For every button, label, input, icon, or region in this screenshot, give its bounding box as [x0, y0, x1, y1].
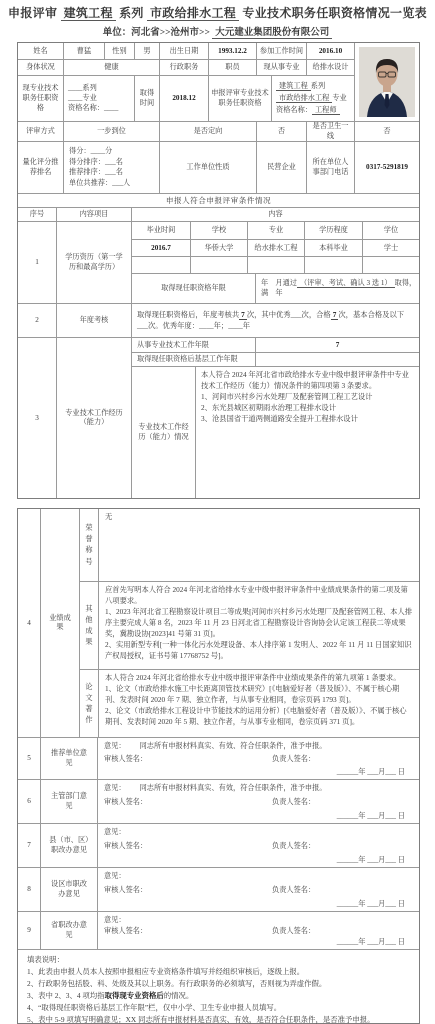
col-header-content: 内容 [131, 208, 419, 221]
apply-series-value: 建筑工程 [276, 82, 311, 91]
tech-years-row: 从事专业技术工作年限 7 [132, 338, 419, 352]
opinion-date-blank: ______年 ___月___ 日 [104, 855, 413, 865]
name-label: 姓名 [18, 43, 63, 59]
work-start-label: 参加工作时间 [256, 43, 306, 59]
title-suffix: 专业技术职务任职资格情况一览表 [242, 6, 427, 20]
apply-major-value: 市政给排水工程 [276, 94, 332, 103]
note-3: 3、表中 2、3、4 项均指取得现专业资格后的情况。 [27, 990, 410, 1002]
col-header-no: 序号 [18, 208, 56, 221]
paper-1: 1、论文（市政给排水施工中长距离顶管技术研究）[《电脑爱好者（普及版）》、不属于… [105, 684, 413, 706]
leader-signature-label: 负责人签名： [272, 927, 315, 935]
edu-col-degree: 学位 [362, 222, 419, 239]
edu-empty-cell [362, 257, 419, 273]
current-major-label: 现从事专业 [256, 60, 306, 75]
opinion-row-label: 设区市职改办意见 [40, 868, 97, 911]
edu-grad-time: 2016.7 [132, 240, 190, 256]
title-mid: 系列 [119, 6, 144, 20]
row-number: 5 [18, 738, 40, 779]
assessment-item-label: 年度考核 [56, 304, 131, 337]
opinion-content: 意见： 审核人签名：负责人签名： ______年 ___月___ 日 [97, 912, 419, 949]
tenure-row: 取得现任职资格年限 年 月通过（评审、考试、确认 3 选 1）取得， 满 年 [132, 273, 419, 303]
achievement-row: 4 业绩成果 荣誉称号 无 其他成果 应首先写明本人符合 2024 年河北省给排… [18, 509, 419, 737]
score-ranking-blanks: 得分：____分 得分排序：___名 推荐排序：___名 单位共推荐：___人 [63, 142, 159, 193]
condition-row-assessment: 2 年度考核 取得现任职资格后，年度考核共7次，其中优秀___次，合格7次，基本… [18, 303, 419, 337]
score-order-blank: 得分排序：___名 [69, 158, 123, 168]
leader-signature-label: 负责人签名： [272, 798, 315, 806]
applicant-photo-cell [354, 43, 419, 121]
apply-title-values: 建筑工程系列 市政给排水工程专业 资格名称：工程师 [271, 76, 354, 121]
current-title-major-blank: ____专业 [68, 94, 97, 104]
opinion-text: 同志所有申报材料真实、有效，符合任职条件，准予申报。 [140, 783, 327, 793]
row-number: 2 [18, 304, 56, 337]
opinion-row-province-office: 9 省职改办意见 意见： 审核人签名：负责人签名： ______年 ___月__… [18, 911, 419, 949]
apply-series-suffix: 系列 [311, 82, 325, 90]
tenure-content: 年 月通过（评审、考试、确认 3 选 1）取得， 满 年 [255, 274, 419, 303]
apply-title-label: 申报评审专业技术职务任职资格 [208, 76, 271, 121]
opinion-row-recommending-unit: 5 推荐单位意见 意见：同志所有申报材料真实、有效、符合任职条件，准予申报。 审… [18, 737, 419, 779]
unit-value: 大元建业集团股份有限公司 [212, 28, 332, 39]
apply-major-suffix: 专业 [332, 94, 346, 102]
papers-content: 本人符合 2024 年河北省给排水专业中级申报评审条件中业绩成果条件的第九项第 … [98, 670, 419, 737]
opinion-row-label: 省职改办意见 [40, 912, 97, 949]
edu-empty-cell [247, 257, 304, 273]
note-1: 1、此表由申报人员本人按照申报相应专业资格条件填写并经组织审核后，逐级上报。 [27, 966, 410, 978]
edu-empty-cell [132, 257, 190, 273]
base-years-value [255, 353, 419, 366]
row-number: 7 [18, 824, 40, 867]
leader-signature-label: 负责人签名： [272, 842, 315, 850]
auditor-signature-label: 审核人签名： [104, 885, 272, 895]
experience-detail-content: 本人符合 2024 年河北省市政给排水专业中级申报评审条件中专业技术工作经历（能… [195, 367, 419, 498]
tech-years-label: 从事专业技术工作年限 [132, 338, 255, 352]
achievements-table: 4 业绩成果 荣誉称号 无 其他成果 应首先写明本人符合 2024 年河北省给排… [17, 508, 420, 1024]
info-top-block: 姓名 曹猛 性别 男 出生日期 1993.12.2 参加工作时间 2016.10… [18, 43, 419, 121]
assessment-count: 7 [239, 310, 247, 320]
opinion-content: 意见： 审核人签名：负责人签名： ______年 ___月___ 日 [97, 868, 419, 911]
opinion-label: 意见： [104, 783, 126, 793]
experience-project-2: 2、东光县城区初期雨水治理工程排水设计 [201, 403, 336, 414]
info-row-1: 姓名 曹猛 性别 男 出生日期 1993.12.2 参加工作时间 2016.10 [18, 43, 354, 59]
base-years-row: 取得现任职资格后基层工作年限 [132, 352, 419, 366]
birth-label: 出生日期 [159, 43, 208, 59]
leader-signature-label: 负责人签名： [272, 755, 315, 763]
experience-project-3: 3、沧县国省干道两侧道路安全提升工程排水设计 [201, 414, 358, 425]
info-row-5: 量化评分推荐排名 得分：____分 得分排序：___名 推荐排序：___名 单位… [18, 141, 419, 193]
opinion-row-competent-department: 6 主管部门意见 意见：同志所有申报材料真实、有效，符合任职条件，准予申报。 审… [18, 779, 419, 823]
opinion-content: 意见： 审核人签名：负责人签名： ______年 ___月___ 日 [97, 824, 419, 867]
score-ranking-label: 量化评分推荐排名 [18, 142, 63, 193]
opinion-row-label: 推荐单位意见 [40, 738, 97, 779]
gender-value: 男 [134, 43, 159, 59]
condition-row-experience: 3 专业技术工作经历（能力） 从事专业技术工作年限 7 取得现任职资格后基层工作… [18, 337, 419, 498]
row-number: 6 [18, 780, 40, 823]
edu-major: 给水排水工程 [247, 240, 304, 256]
row-number: 8 [18, 868, 40, 911]
other-achievements-intro: 应首先写明本人符合 2024 年河北省给排水专业中级申报评审条件中业绩成果条件的… [105, 585, 413, 607]
info-row-4: 评审方式 一步到位 是否定向 否 是否卫生一线 否 [18, 121, 419, 141]
directed-label: 是否定向 [159, 122, 256, 141]
doc-title: 申报评审 建筑工程 系列 市政给排水工程 专业技术职务任职资格情况一览表 [0, 6, 435, 20]
assessment-seg1: 取得现任职资格后，年度考核共 [137, 310, 239, 319]
note-5: 5、表中 5-9 项填写明确意见；XX 同志所有申报材料是否真实、有效，是否符合… [27, 1014, 410, 1024]
opinion-label: 意见： [104, 871, 126, 881]
edu-col-degree-level: 学历程度 [304, 222, 362, 239]
apply-name-value: 工程师 [312, 106, 340, 115]
directed-value: 否 [256, 122, 306, 141]
education-item-label: 学历资历（第一学历和最高学历） [56, 222, 131, 303]
note-2: 2、行政职务包括股、科、处级及其以上职务。有行政职务的必须填写，否则视为弄虚作假… [27, 978, 410, 990]
note-3-pre: 3、表中 2、3、4 项均指 [27, 991, 105, 1000]
admin-post-value: 职员 [208, 60, 256, 75]
row-number: 9 [18, 912, 40, 949]
health-label: 身体状况 [18, 60, 63, 75]
edu-degree-level: 本科毕业 [304, 240, 362, 256]
edu-school: 华侨大学 [190, 240, 247, 256]
edu-empty-cell [304, 257, 362, 273]
base-years-label: 取得现任职资格后基层工作年限 [132, 353, 255, 366]
tech-years-value: 7 [255, 338, 419, 352]
opinion-text: 同志所有申报材料真实、有效、符合任职条件，准予申报。 [140, 741, 327, 751]
current-title-name-blank: 资格名称：____ [68, 104, 118, 114]
hr-phone-value: 0317-5291819 [354, 142, 419, 193]
obtain-time-value: 2018.12 [159, 76, 208, 121]
health-frontline-label: 是否卫生一线 [306, 122, 354, 141]
row-number: 1 [18, 222, 56, 303]
work-start-value: 2016.10 [306, 43, 354, 59]
conditions-header-row: 序号 内容项目 内容 [18, 207, 419, 221]
opinion-row-county-office: 7 县（市、区）职改办意见 意见： 审核人签名：负责人签名： ______年 _… [18, 823, 419, 867]
auditor-signature-label: 审核人签名： [104, 797, 272, 807]
other-achievements-content: 应首先写明本人符合 2024 年河北省给排水专业中级申报评审条件中业绩成果条件的… [98, 582, 419, 669]
education-header-row: 毕业时间 学校 专业 学历程度 学位 [132, 222, 419, 239]
other-achievement-2: 2、实用新型专利[一种一体化污水处理设备、本人排序第 1 发明人、2022 年 … [105, 640, 413, 662]
unit-recommend-blank: 单位共推荐：___人 [69, 179, 130, 189]
apply-name-label: 资格名称： [276, 106, 312, 114]
opinion-date-blank: ______年 ___月___ 日 [104, 811, 413, 821]
name-value: 曹猛 [63, 43, 104, 59]
opinion-label: 意见： [104, 915, 126, 925]
opinion-content: 意见：同志所有申报材料真实、有效、符合任职条件，准予申报。 审核人签名：负责人签… [97, 738, 419, 779]
title-major-value: 市政给排水工程 [147, 6, 239, 21]
current-title-series-blank: ____系列 [68, 84, 97, 94]
tenure-line2: 满 年 [261, 289, 283, 299]
employer-type-label: 工作单位性质 [159, 142, 256, 193]
honor-subrow: 荣誉称号 无 [80, 509, 419, 581]
employer-type-value: 民营企业 [256, 142, 306, 193]
opinion-content: 意见：同志所有申报材料真实、有效，符合任职条件，准予申报。 审核人签名：负责人签… [97, 780, 419, 823]
opinion-row-city-office: 8 设区市职改办意见 意见： 审核人签名：负责人签名： ______年 ___月… [18, 867, 419, 911]
review-mode-value: 一步到位 [63, 122, 159, 141]
applicant-photo [359, 47, 415, 117]
current-major-value: 给排水设计 [306, 60, 354, 75]
edu-col-major: 专业 [247, 222, 304, 239]
info-row-3: 现专业技术职务任职资格 ____系列 ____专业 资格名称：____ 取得时间… [18, 75, 354, 121]
experience-item-label: 专业技术工作经历（能力） [56, 338, 131, 498]
tenure-options: （评审、考试、确认 3 选 1） [297, 279, 395, 288]
other-achievement-1: 1、2023 年河北省工程勘察设计项目二等成果[河间市兴村乡污水处理厂及配套管网… [105, 607, 413, 640]
papers-subrow: 论文著作 本人符合 2024 年河北省给排水专业中级申报评审条件中业绩成果条件的… [80, 669, 419, 737]
assessment-content: 取得现任职资格后，年度考核共7次，其中优秀___次，合格7次，基本合格及以下__… [131, 304, 419, 337]
title-prefix: 申报评审 [8, 6, 57, 20]
papers-intro: 本人符合 2024 年河北省给排水专业中级申报评审条件中业绩成果条件的第九项第 … [105, 673, 401, 684]
opinion-date-blank: ______年 ___月___ 日 [104, 937, 413, 947]
achievement-item-label: 业绩成果 [40, 509, 79, 737]
other-achievements-subrow: 其他成果 应首先写明本人符合 2024 年河北省给排水专业中级申报评审条件中业绩… [80, 581, 419, 669]
paper-2: 2、论文（市政给排水工程设计中节能技术的运用分析）[《电脑爱好者（普及版）》、不… [105, 706, 413, 728]
opinion-label: 意见： [104, 827, 126, 837]
health-value: 健康 [63, 60, 159, 75]
admin-post-label: 行政职务 [159, 60, 208, 75]
edu-degree: 学士 [362, 240, 419, 256]
tenure-label: 取得现任职资格年限 [132, 274, 255, 303]
leader-signature-label: 负责人签名： [272, 886, 315, 894]
opinion-date-blank: ______年 ___月___ 日 [104, 899, 413, 909]
notes-heading: 填表说明： [27, 954, 410, 966]
auditor-signature-label: 审核人签名： [104, 841, 272, 851]
experience-detail-label: 专业技术工作经历（能力）情况 [132, 367, 195, 498]
honor-value: 无 [98, 509, 419, 581]
info-row-2: 身体状况 健康 行政职务 职员 现从事专业 给排水设计 [18, 59, 354, 75]
document-page: 申报评审 建筑工程 系列 市政给排水工程 专业技术职务任职资格情况一览表 单位：… [0, 0, 435, 1024]
score-blank: 得分：____分 [69, 147, 112, 157]
unit-line: 单位：河北省>>沧州市>> 大元建业集团股份有限公司 [0, 24, 435, 38]
hr-phone-label: 所在单位人事部门电话 [306, 142, 354, 193]
opinion-row-label: 县（市、区）职改办意见 [40, 824, 97, 867]
birth-value: 1993.12.2 [208, 43, 256, 59]
assessment-seg2: 次，其中优秀___次，合格 [247, 310, 331, 319]
other-achievements-label: 其他成果 [80, 582, 98, 669]
note-3-bold: 取得现专业资格后 [105, 991, 164, 1000]
experience-project-1: 1、河间市兴村乡污水处理厂及配套管网工程工艺设计 [201, 392, 372, 403]
edu-empty-cell [190, 257, 247, 273]
form-notes: 填表说明： 1、此表由申报人员本人按照申报相应专业资格条件填写并经组织审核后，逐… [18, 949, 419, 1023]
education-data-row: 2016.7 华侨大学 给水排水工程 本科毕业 学士 [132, 239, 419, 256]
honor-label: 荣誉称号 [80, 509, 98, 581]
experience-intro: 本人符合 2024 年河北省市政给排水专业中级申报评审条件中专业技术工作经历（能… [201, 370, 414, 392]
auditor-signature-label: 审核人签名： [104, 754, 272, 764]
opinion-row-label: 主管部门意见 [40, 780, 97, 823]
experience-detail-row: 专业技术工作经历（能力）情况 本人符合 2024 年河北省市政给排水专业中级申报… [132, 366, 419, 498]
conditions-section-title: 申报人符合申报评审条件情况 [18, 193, 419, 207]
tenure-text-pre: 年 月通过 [261, 279, 297, 287]
review-mode-label: 评审方式 [18, 122, 63, 141]
title-series-value: 建筑工程 [61, 6, 116, 21]
edu-col-grad-time: 毕业时间 [132, 222, 190, 239]
opinion-label: 意见： [104, 741, 126, 751]
tenure-text-post: 取得， [395, 279, 417, 287]
row-number: 3 [18, 338, 56, 498]
recommend-order-blank: 推荐排序：___名 [69, 168, 123, 178]
obtain-time-label: 取得时间 [134, 76, 159, 121]
edu-col-school: 学校 [190, 222, 247, 239]
unit-label: 单位：河北省>>沧州市>> [103, 28, 210, 38]
health-frontline-value: 否 [354, 122, 419, 141]
info-table: 姓名 曹猛 性别 男 出生日期 1993.12.2 参加工作时间 2016.10… [17, 42, 420, 499]
col-header-item: 内容项目 [56, 208, 131, 221]
condition-row-education: 1 学历资历（第一学历和最高学历） 毕业时间 学校 专业 学历程度 学位 201… [18, 221, 419, 303]
education-empty-row [132, 256, 419, 273]
papers-label: 论文著作 [80, 670, 98, 737]
auditor-signature-label: 审核人签名： [104, 926, 272, 936]
opinion-date-blank: ______年 ___月___ 日 [104, 767, 413, 777]
row-number: 4 [18, 509, 40, 737]
note-3-post: 的情况。 [164, 991, 194, 1000]
current-title-label: 现专业技术职务任职资格 [18, 76, 63, 121]
gender-label: 性别 [104, 43, 134, 59]
note-4: 4、“取得现任职资格后基层工作年限”栏，仅中小学、卫生专业申报人员填写。 [27, 1002, 410, 1014]
current-title-blank-form: ____系列 ____专业 资格名称：____ [63, 76, 134, 121]
